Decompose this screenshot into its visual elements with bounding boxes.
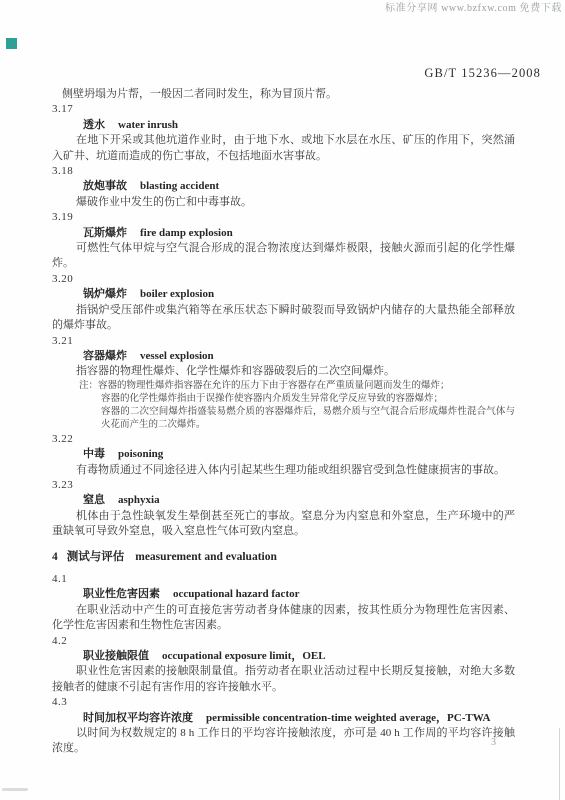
term-zh: 职业接触限值	[83, 650, 149, 662]
definition-section: 3.21 容器爆炸vessel explosion 指容器的物理性爆炸、化学性爆…	[52, 334, 515, 432]
note-line: 容器的化学性爆炸指由于误操作使容器内介质发生异常化学反应导致的容器爆炸；	[52, 393, 515, 406]
definition-section: 3.23 窒息asphyxia 机体由于急性缺氧发生晕倒甚至死亡的事故。窒息分为…	[52, 478, 515, 540]
definition-paragraph: 可燃性气体甲烷与空气混合形成的混合物浓度达到爆炸极限，接触火源而引起的化学性爆炸…	[52, 241, 515, 272]
term-line: 瓦斯爆炸fire damp explosion	[52, 226, 515, 241]
term-zh: 中毒	[83, 448, 105, 460]
section-number: 4.1	[52, 572, 515, 587]
term-zh: 容器爆炸	[83, 350, 127, 362]
definition-paragraph: 职业性危害因素的接触限制量值。指劳动者在职业活动过程中长期反复接触，对绝大多数接…	[52, 664, 515, 695]
term-zh: 放炮事故	[83, 180, 127, 192]
definition-section: 3.20 锅炉爆炸boiler explosion 指锅炉受压部件或集汽箱等在承…	[52, 272, 515, 334]
term-line: 职业性危害因素occupational hazard factor	[52, 587, 515, 602]
term-en: asphyxia	[118, 494, 160, 506]
definition-section: 4.3 时间加权平均容许浓度permissible concentration-…	[52, 695, 515, 757]
section-number: 3.22	[52, 432, 515, 447]
definition-section: 3.17 透水water inrush 在地下开采或其他坑道作业时，由于地下水、…	[52, 102, 515, 164]
term-en: vessel explosion	[140, 350, 214, 362]
definition-paragraph: 在职业活动中产生的可直接危害劳动者身体健康的因素，按其性质分为物理性危害因素、化…	[52, 603, 515, 634]
definition-section: 3.22 中毒poisoning 有毒物质通过不同途径进入体内引起某些生理功能或…	[52, 432, 515, 478]
definition-paragraph: 以时间为权数规定的 8 h 工作日的平均容许接触浓度，亦可是 40 h 工作周的…	[52, 726, 515, 757]
scan-smudge-artifact	[2, 788, 28, 791]
definition-section: 4.1 职业性危害因素occupational hazard factor 在职…	[52, 572, 515, 634]
term-en: poisoning	[118, 448, 163, 460]
section-number: 3.20	[52, 272, 515, 287]
section-number: 3.17	[52, 102, 515, 117]
watermark-text: 标准分享网 www.bzfxw.com 免费下载	[385, 3, 562, 15]
term-en: blasting accident	[140, 180, 219, 192]
section-number: 3.19	[52, 210, 515, 225]
term-en: permissible concentration-time weighted …	[206, 712, 490, 724]
note-line: 容器的二次空间爆炸指盛装易燃介质的容器爆炸后，易燃介质与空气混合后形成爆炸性混合…	[52, 406, 515, 432]
term-line: 放炮事故blasting accident	[52, 179, 515, 194]
term-line: 中毒poisoning	[52, 447, 515, 462]
definition-paragraph: 在地下开采或其他坑道作业时，由于地下水、或地下水层在水压、矿压的作用下，突然涌入…	[52, 133, 515, 164]
section-number: 3.21	[52, 334, 515, 349]
corner-stamp	[6, 38, 17, 49]
carryover-paragraph: 侧壁坍塌为片帮，一般因二者同时发生，称为冒顶片帮。	[52, 87, 515, 102]
section-number: 4.2	[52, 634, 515, 649]
standard-number-header: GB/T 15236—2008	[424, 66, 541, 81]
chapter-title-en: measurement and evaluation	[135, 551, 277, 563]
definition-paragraph: 指容器的物理性爆炸、化学性爆炸和容器破裂后的二次空间爆炸。	[52, 364, 515, 379]
scanned-standard-page: 标准分享网 www.bzfxw.com 免费下载 GB/T 15236—2008…	[0, 0, 565, 800]
term-line: 窒息asphyxia	[52, 493, 515, 508]
term-zh: 锅炉爆炸	[83, 288, 127, 300]
term-line: 锅炉爆炸boiler explosion	[52, 287, 515, 302]
page-number: 3	[491, 737, 496, 748]
definition-paragraph: 指锅炉受压部件或集汽箱等在承压状态下瞬时破裂而导致锅炉内储存的大量热能全部释放的…	[52, 303, 515, 334]
term-zh: 透水	[83, 119, 105, 131]
chapter-number: 4	[52, 551, 58, 563]
term-line: 职业接触限值occupational exposure limit，OEL	[52, 649, 515, 664]
chapter-title-zh: 测试与评估	[67, 551, 125, 563]
definition-section: 3.18 放炮事故blasting accident 爆破作业中发生的伤亡和中毒…	[52, 164, 515, 210]
scan-edge-artifact	[559, 728, 560, 800]
document-content: 侧壁坍塌为片帮，一般因二者同时发生，称为冒顶片帮。 3.17 透水water i…	[52, 87, 515, 757]
chapter-heading: 4测试与评估measurement and evaluation	[52, 550, 515, 565]
section-number: 4.3	[52, 695, 515, 710]
definition-section: 3.19 瓦斯爆炸fire damp explosion 可燃性气体甲烷与空气混…	[52, 210, 515, 272]
definition-paragraph: 爆破作业中发生的伤亡和中毒事故。	[52, 195, 515, 210]
term-zh: 职业性危害因素	[83, 588, 160, 600]
term-zh: 时间加权平均容许浓度	[83, 712, 193, 724]
section-number: 3.18	[52, 164, 515, 179]
term-zh: 窒息	[83, 494, 105, 506]
section-number: 3.23	[52, 478, 515, 493]
definition-section: 4.2 职业接触限值occupational exposure limit，OE…	[52, 634, 515, 696]
term-en: occupational hazard factor	[173, 588, 299, 600]
term-line: 容器爆炸vessel explosion	[52, 349, 515, 364]
definition-paragraph: 有毒物质通过不同途径进入体内引起某些生理功能或组织器官受到急性健康损害的事故。	[52, 463, 515, 478]
note-line: 注：容器的物理性爆炸指容器在允许的压力下由于容器存在严重质量问题而发生的爆炸；	[52, 380, 515, 393]
term-zh: 瓦斯爆炸	[83, 227, 127, 239]
term-en: fire damp explosion	[140, 227, 233, 239]
term-en: occupational exposure limit，OEL	[162, 650, 326, 662]
term-en: water inrush	[118, 119, 178, 131]
definition-paragraph: 机体由于急性缺氧发生晕倒甚至死亡的事故。窒息分为内窒息和外窒息，生产环境中的严重…	[52, 509, 515, 540]
term-en: boiler explosion	[140, 288, 214, 300]
term-line: 时间加权平均容许浓度permissible concentration-time…	[52, 711, 515, 726]
term-line: 透水water inrush	[52, 118, 515, 133]
